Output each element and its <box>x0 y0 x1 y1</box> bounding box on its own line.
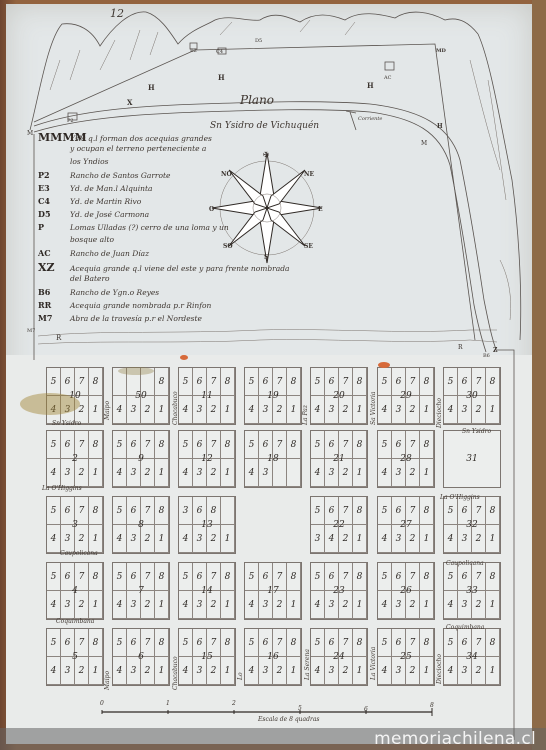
watermark-text: memoriachilena.cl <box>374 729 536 749</box>
scale-label: Escala de 8 quadras <box>258 716 319 723</box>
scale-bar <box>0 0 546 750</box>
